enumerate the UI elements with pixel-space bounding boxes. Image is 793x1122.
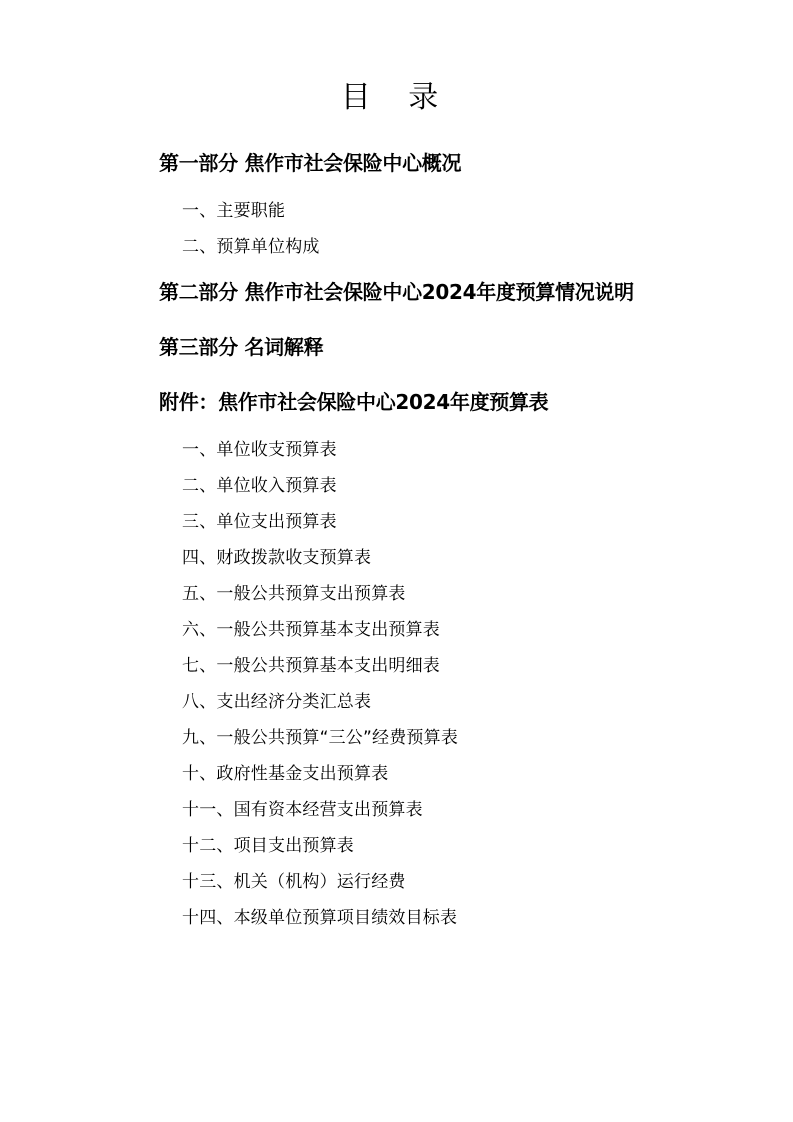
toc-item[interactable]: 五、一般公共预算支出预算表 bbox=[182, 583, 406, 605]
toc-item[interactable]: 九、一般公共预算“三公”经费预算表 bbox=[182, 727, 458, 749]
toc-section-3[interactable]: 第三部分 名词解释 bbox=[159, 334, 323, 360]
toc-item[interactable]: 十四、本级单位预算项目绩效目标表 bbox=[182, 907, 457, 929]
toc-item[interactable]: 六、一般公共预算基本支出预算表 bbox=[182, 619, 440, 641]
toc-item[interactable]: 三、单位支出预算表 bbox=[182, 511, 337, 533]
toc-item[interactable]: 十一、国有资本经营支出预算表 bbox=[182, 799, 423, 821]
toc-item[interactable]: 八、支出经济分类汇总表 bbox=[182, 691, 371, 713]
toc-item[interactable]: 二、单位收入预算表 bbox=[182, 475, 337, 497]
toc-item[interactable]: 一、单位收支预算表 bbox=[182, 439, 337, 461]
toc-item[interactable]: 一、主要职能 bbox=[182, 200, 285, 222]
toc-item[interactable]: 十、政府性基金支出预算表 bbox=[182, 763, 388, 785]
toc-section-2[interactable]: 第二部分 焦作市社会保险中心2024年度预算情况说明 bbox=[159, 279, 634, 305]
toc-item[interactable]: 二、预算单位构成 bbox=[182, 236, 320, 258]
toc-item[interactable]: 十二、项目支出预算表 bbox=[182, 835, 354, 857]
toc-title: 目 录 bbox=[0, 80, 793, 116]
toc-item[interactable]: 十三、机关（机构）运行经费 bbox=[182, 871, 406, 893]
toc-item[interactable]: 四、财政拨款收支预算表 bbox=[182, 547, 371, 569]
toc-section-appendix[interactable]: 附件：焦作市社会保险中心2024年度预算表 bbox=[159, 389, 548, 415]
toc-section-1[interactable]: 第一部分 焦作市社会保险中心概况 bbox=[159, 150, 461, 176]
toc-item[interactable]: 七、一般公共预算基本支出明细表 bbox=[182, 655, 440, 677]
